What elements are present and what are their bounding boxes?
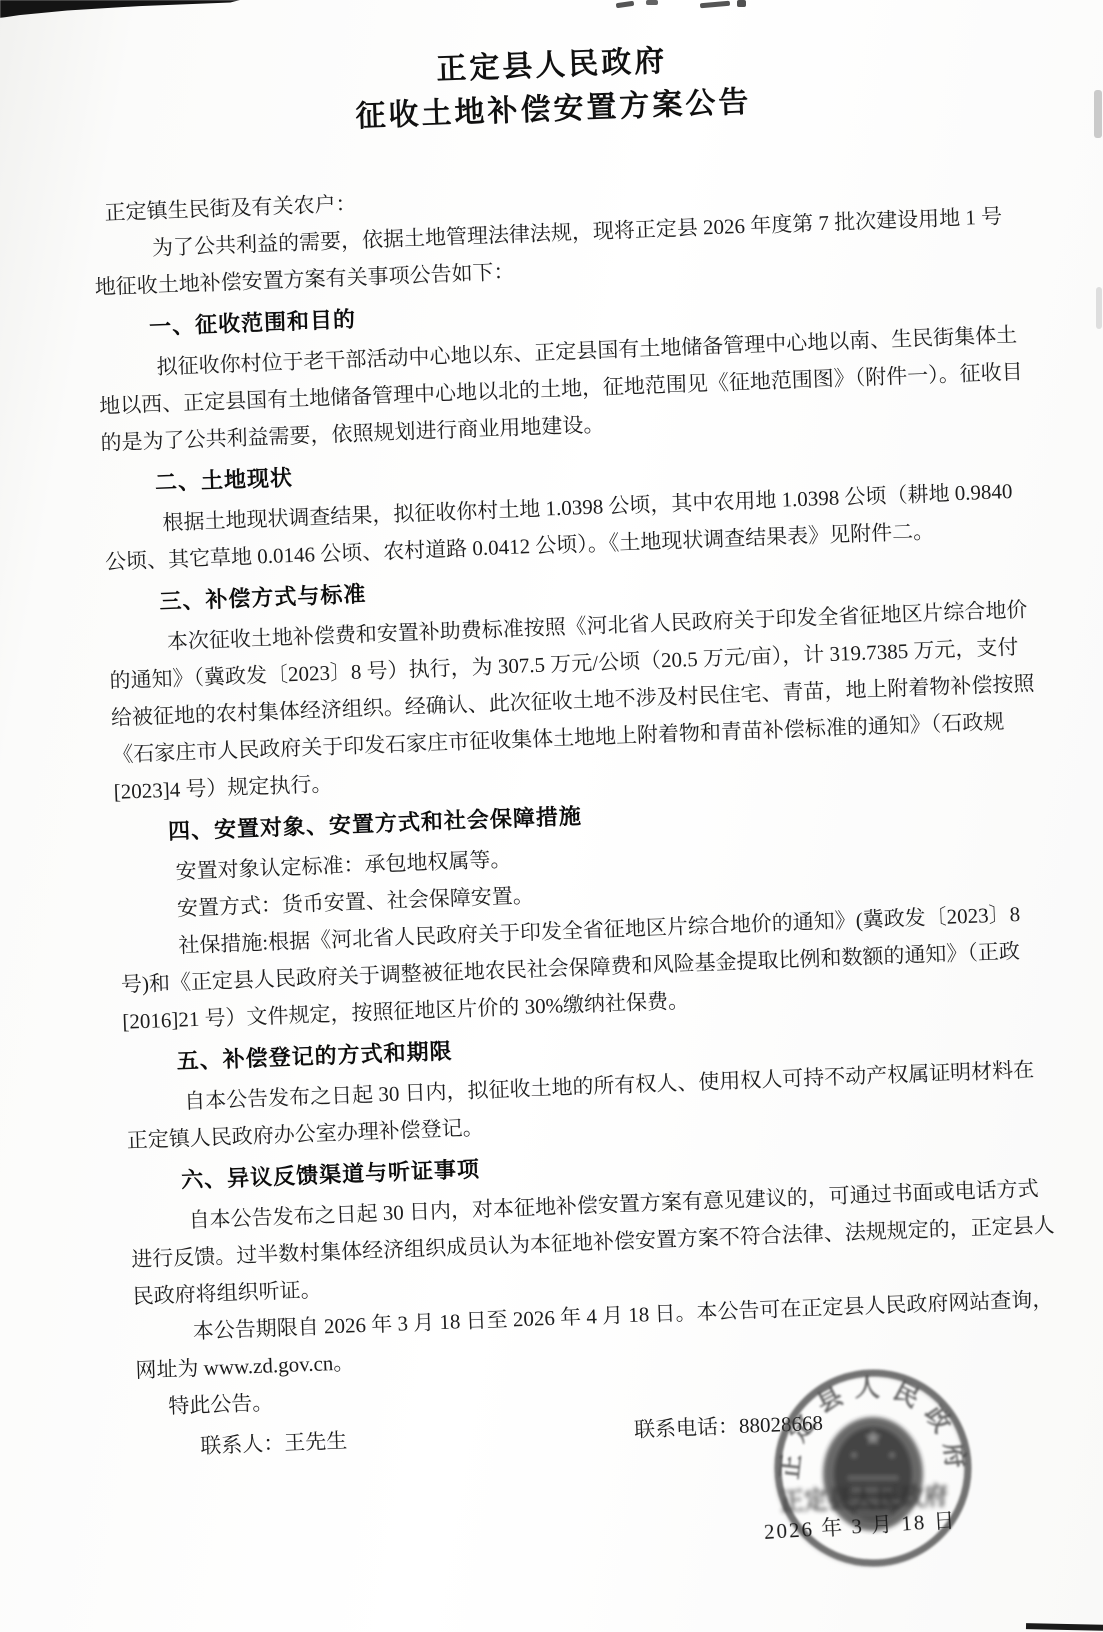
document-body: 正定镇生民街及有关农户：为了公共利益的需要，依据土地管理法律法规，现将正定县 2… — [91, 160, 1067, 1426]
svg-text:★: ★ — [850, 1450, 858, 1460]
svg-text:★: ★ — [864, 1428, 881, 1449]
scan-artifact-bottom-edge — [1026, 1623, 1103, 1631]
official-seal: 正定县人民政府 ★ ★ ★ — [756, 1350, 990, 1588]
scanned-document-page: 正定县人民政府 征收土地补偿安置方案公告 正定镇生民街及有关农户：为了公共利益的… — [0, 0, 1103, 1632]
scan-artifact-right-edge — [1096, 287, 1102, 329]
scan-artifact-dash — [616, 1, 635, 8]
scan-artifact-dash — [700, 1, 730, 9]
scan-artifact-dash — [646, 0, 658, 5]
paragraph: 本次征收土地补偿费和安置补助费标准按照《河北省人民政府关于印发全省征地区片综合地… — [108, 591, 1044, 811]
scan-artifact-top-left — [0, 0, 240, 18]
scan-artifact-right-edge — [1094, 90, 1102, 138]
svg-text:★: ★ — [888, 1450, 896, 1460]
seal-graphic: 正定县人民政府 ★ ★ ★ — [756, 1350, 990, 1588]
contact-person: 联系人：王先生 — [200, 1425, 348, 1460]
scan-artifact-dash — [737, 0, 746, 7]
document-content: 正定县人民政府 征收土地补偿安置方案公告 正定镇生民街及有关农户：为了公共利益的… — [86, 27, 1068, 1473]
